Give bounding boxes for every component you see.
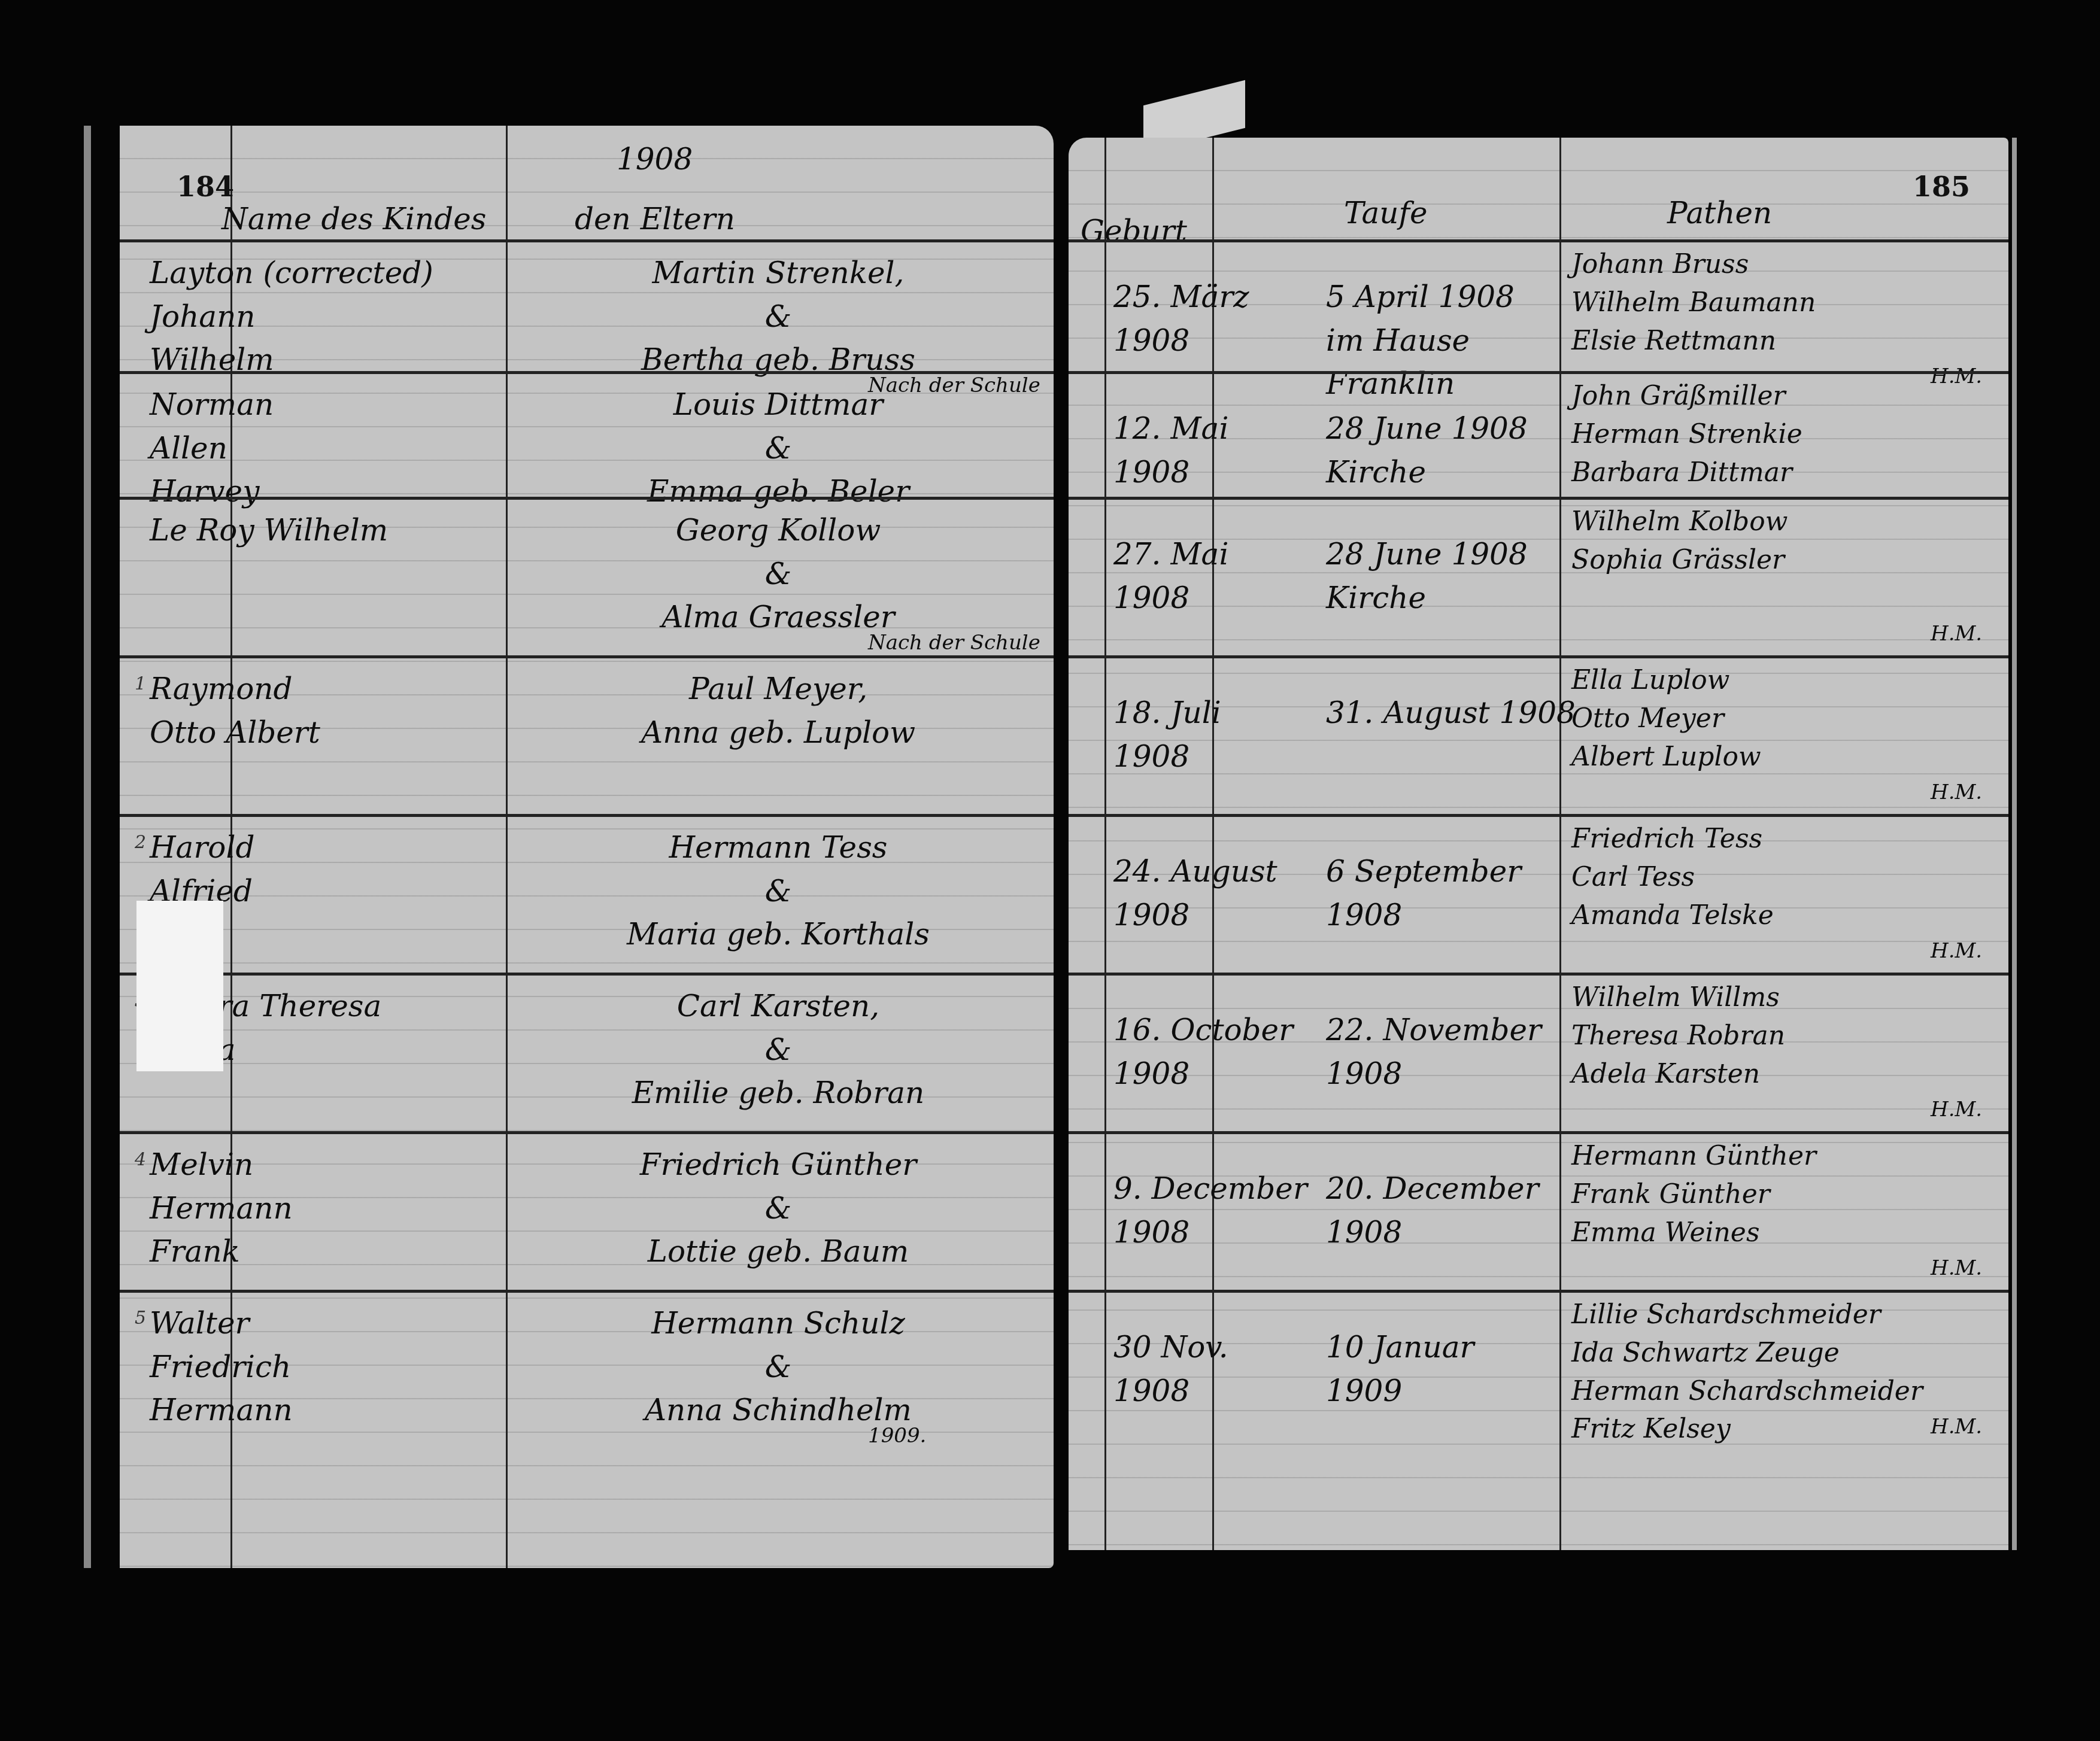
left-page: 184 1908 Name des Kindes den Eltern Layt… (120, 126, 1054, 1568)
birth-date: 27. Mai 1908 (1113, 533, 1317, 619)
row-divider (120, 371, 1054, 374)
sponsors: John Gräßmiller Herman Strenkie Barbara … (1571, 377, 2002, 491)
column-divider (506, 126, 508, 1568)
header-child-name: Name des Kindes (221, 198, 486, 241)
child-name: Layton (corrected) Johann Wilhelm (150, 251, 485, 382)
parents: Martin Strenkel, & Bertha geb. Bruss (533, 251, 1024, 382)
row-divider (120, 814, 1054, 817)
row-divider (120, 1131, 1054, 1134)
sponsors: Johann Bruss Wilhelm Baumann Elsie Rettm… (1571, 245, 2002, 360)
parents: Hermann Schulz & Anna Schindhelm (533, 1302, 1024, 1432)
row-divider (1069, 655, 2008, 658)
annotation: Nach der Schule (868, 628, 1040, 658)
child-name: Norman Allen Harvey (150, 383, 485, 514)
row-divider (1069, 973, 2008, 976)
baptism-date: 20. December 1908 (1326, 1167, 1589, 1254)
parents: Georg Kollow & Alma Graessler (533, 509, 1024, 639)
annotation: 1909. (868, 1421, 926, 1451)
baptism-date: 28 June 1908 Kirche (1326, 407, 1589, 494)
officiant-initials: H.M. (1931, 619, 1982, 649)
right-page: 185 Geburt Taufe Pathen 25. März 19085 A… (1069, 138, 2008, 1550)
row-divider (120, 1290, 1054, 1293)
birth-date: 30 Nov. 1908 (1113, 1326, 1317, 1412)
officiant-initials: H.M. (1931, 937, 1982, 966)
row-divider (1069, 814, 2008, 817)
parents: Carl Karsten, & Emilie geb. Robran (533, 985, 1024, 1115)
row-divider (1069, 239, 2008, 242)
parents: Paul Meyer, Anna geb. Luplow (533, 667, 1024, 754)
entry-number: 4 (135, 1149, 146, 1170)
entry-number: 5 (135, 1308, 146, 1329)
header-baptism: Taufe (1344, 192, 1428, 235)
entry-number: 1 (135, 673, 146, 694)
sponsors: Hermann Günther Frank Günther Emma Weine… (1571, 1137, 2002, 1251)
row-divider (120, 973, 1054, 976)
officiant-initials: H.M. (1931, 1412, 1982, 1442)
officiant-initials: H.M. (1931, 778, 1982, 807)
sponsors: Wilhelm Kolbow Sophia Grässler (1571, 503, 2002, 579)
row-divider (1069, 371, 2008, 374)
birth-date: 16. October 1908 (1113, 1008, 1317, 1095)
entry-number: 2 (135, 832, 146, 853)
parents: Hermann Tess & Maria geb. Korthals (533, 826, 1024, 956)
officiant-initials: H.M. (1931, 1095, 1982, 1125)
baptism-date: 28 June 1908 Kirche (1326, 533, 1589, 619)
child-name: Melvin Hermann Frank (150, 1143, 485, 1274)
officiant-initials: H.M. (1931, 1254, 1982, 1283)
child-name: Raymond Otto Albert (150, 667, 485, 754)
header-birth: Geburt (1081, 209, 1187, 253)
paper-patch (136, 901, 223, 1071)
birth-date: 12. Mai 1908 (1113, 407, 1317, 494)
row-divider (1069, 497, 2008, 500)
sponsors: Friedrich Tess Carl Tess Amanda Telske (1571, 820, 2002, 934)
baptism-date: 31. August 1908 (1326, 691, 1589, 735)
parents: Louis Dittmar & Emma geb. Beler (533, 383, 1024, 514)
sponsors: Ella Luplow Otto Meyer Albert Luplow (1571, 661, 2002, 776)
parents: Friedrich Günther & Lottie geb. Baum (533, 1143, 1024, 1274)
header-parents: den Eltern (575, 198, 735, 241)
child-name: Walter Friedrich Hermann (150, 1302, 485, 1432)
child-name: Harold Alfried (150, 826, 485, 913)
sponsors: Wilhelm Willms Theresa Robran Adela Kars… (1571, 979, 2002, 1093)
row-divider (120, 239, 1054, 242)
page-number-right: 185 (1913, 171, 1970, 203)
birth-date: 9. December 1908 (1113, 1167, 1317, 1254)
baptism-date: 6 September 1908 (1326, 850, 1589, 937)
column-divider (1104, 138, 1106, 1550)
birth-date: 25. März 1908 (1113, 275, 1317, 362)
year-heading: 1908 (617, 138, 693, 181)
row-divider (1069, 1131, 2008, 1134)
child-name: Le Roy Wilhelm (150, 509, 485, 552)
row-divider (120, 497, 1054, 500)
header-sponsors: Pathen (1667, 192, 1772, 235)
row-divider (120, 655, 1054, 658)
baptism-date: 10 Januar 1909 (1326, 1326, 1589, 1412)
birth-date: 24. August 1908 (1113, 850, 1317, 937)
birth-date: 18. Juli 1908 (1113, 691, 1317, 778)
baptism-date: 22. November 1908 (1326, 1008, 1589, 1095)
row-divider (1069, 1290, 2008, 1293)
baptism-date: 5 April 1908 im Hause Franklin (1326, 275, 1589, 406)
